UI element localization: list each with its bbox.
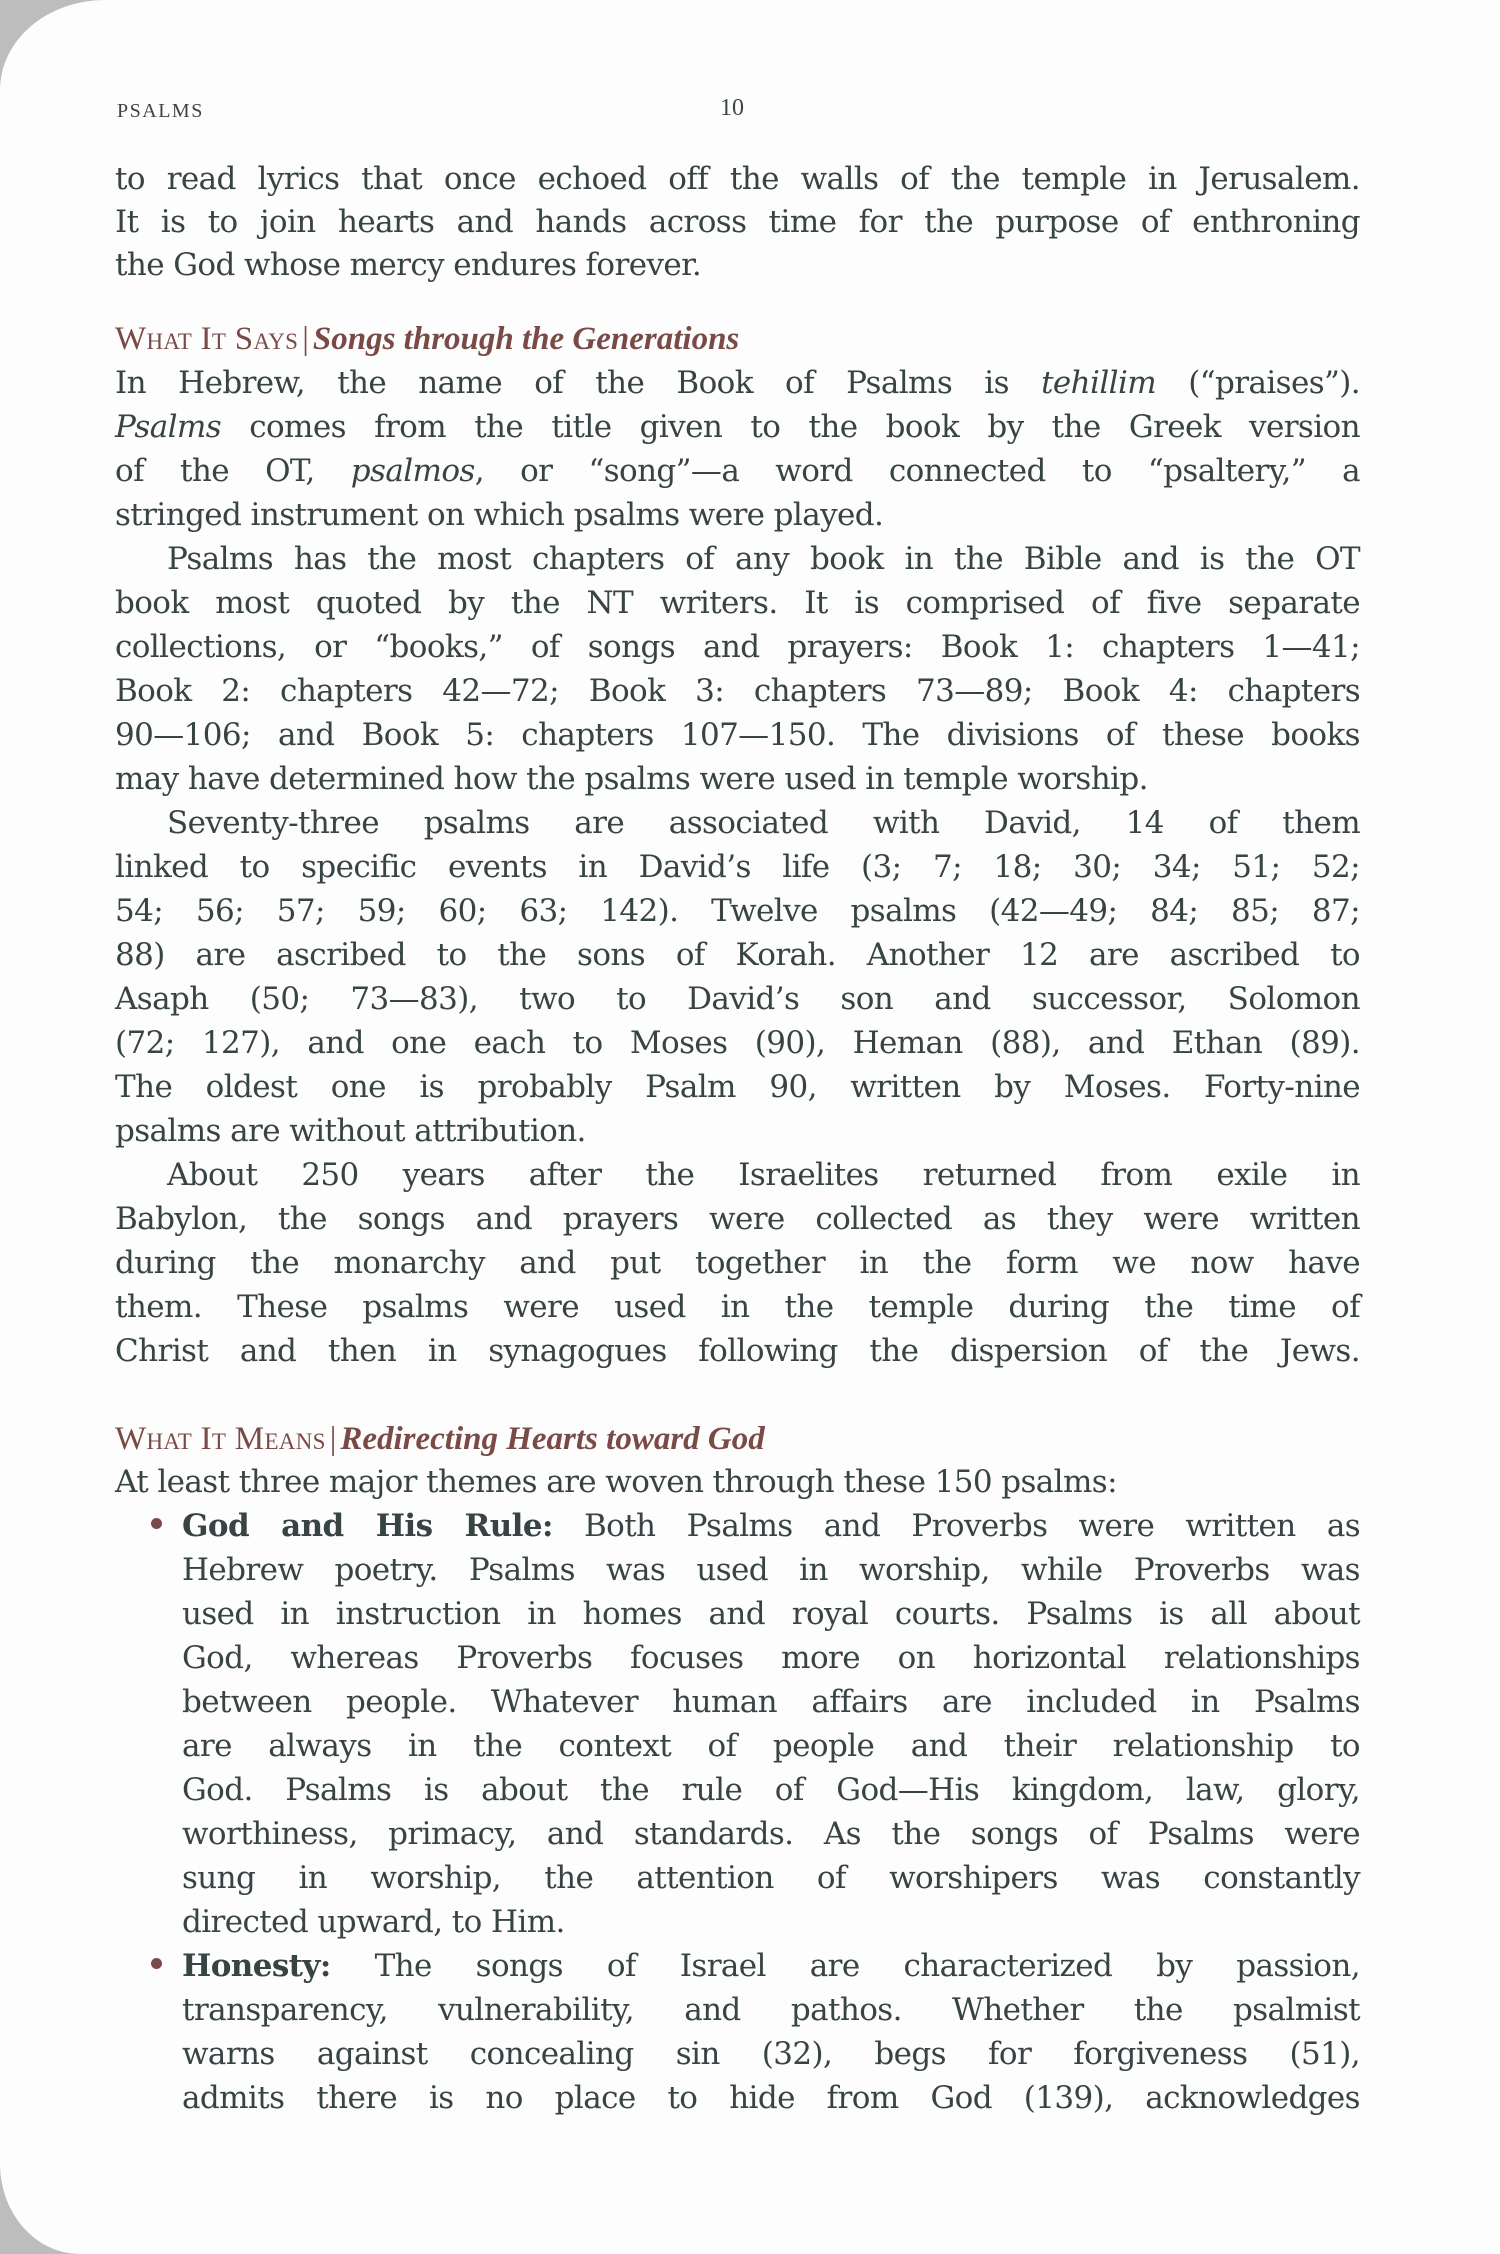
italic-term: Psalms [115,409,221,445]
body-line: collections, or “books,” of songs and pr… [115,625,1360,669]
body-line: Psalms comes from the title given to the… [115,405,1360,449]
body-line: the God whose mercy endures forever. [115,243,1360,287]
bullet-line: sung in worship, the attention of worshi… [182,1856,1360,1900]
body-line: At least three major themes are woven th… [115,1460,1360,1504]
body-line: It is to join hearts and hands across ti… [115,200,1360,244]
bullet-label: God and His Rule: [182,1508,553,1544]
section-heading-what-it-says: What It Says|Songs through the Generatio… [115,317,739,361]
bullet-line: Hebrew poetry. Psalms was used in worshi… [182,1548,1360,1592]
heading-separator: | [330,1421,337,1457]
bullet-first-line: Honesty: The songs of Israel are charact… [182,1944,1360,1988]
body-line: 88) are ascribed to the sons of Korah. A… [115,933,1360,977]
body-line: Christ and then in synagogues following … [115,1329,1360,1373]
bullet-line: worthiness, primacy, and standards. As t… [182,1812,1360,1856]
bullet-line: directed upward, to Him. [182,1900,1360,1944]
body-line: 54; 56; 57; 59; 60; 63; 142). Twelve psa… [115,889,1360,933]
body-line: book most quoted by the NT writers. It i… [115,581,1360,625]
body-line: Babylon, the songs and prayers were coll… [115,1197,1360,1241]
bullet-line: transparency, vulnerability, and pathos.… [182,1988,1360,2032]
page-number: 10 [720,95,744,122]
body-line: to read lyrics that once echoed off the … [115,157,1360,201]
bullet-line: admits there is no place to hide from Go… [182,2076,1360,2120]
body-line: Psalms has the most chapters of any book… [115,537,1360,581]
body-line: during the monarchy and put together in … [115,1241,1360,1285]
section-title: Redirecting Hearts toward God [340,1421,764,1457]
body-line: Book 2: chapters 42—72; Book 3: chapters… [115,669,1360,713]
section-kicker: What It Means [115,1421,326,1457]
body-line: The oldest one is probably Psalm 90, wri… [115,1065,1360,1109]
section-heading-what-it-means: What It Means|Redirecting Hearts toward … [115,1417,765,1461]
heading-separator: | [302,321,309,357]
bullet-line: used in instruction in homes and royal c… [182,1592,1360,1636]
body-line: stringed instrument on which psalms were… [115,493,1360,537]
body-line: psalms are without attribution. [115,1109,1360,1153]
body-line: may have determined how the psalms were … [115,757,1360,801]
body-line: Asaph (50; 73—83), two to David’s son an… [115,977,1360,1021]
running-head-title: PSALMS [117,100,204,123]
body-line: linked to specific events in David’s lif… [115,845,1360,889]
bullet-line: God, whereas Proverbs focuses more on ho… [182,1636,1360,1680]
bullet-icon [151,1518,162,1529]
book-page: PSALMS 10 to read lyrics that once echoe… [0,0,1500,2254]
section-kicker: What It Says [115,321,298,357]
section-title: Songs through the Generations [313,321,739,357]
body-line: 90—106; and Book 5: chapters 107—150. Th… [115,713,1360,757]
bullet-first-line: God and His Rule: Both Psalms and Prover… [182,1504,1360,1548]
italic-term: psalmos [351,453,475,489]
body-line: them. These psalms were used in the temp… [115,1285,1360,1329]
bullet-line: warns against concealing sin (32), begs … [182,2032,1360,2076]
body-line: (72; 127), and one each to Moses (90), H… [115,1021,1360,1065]
body-line: About 250 years after the Israelites ret… [115,1153,1360,1197]
italic-term: tehillim [1041,365,1156,401]
body-line: of the OT, psalmos, or “song”—a word con… [115,449,1360,493]
bullet-line: between people. Whatever human affairs a… [182,1680,1360,1724]
bullet-line: are always in the context of people and … [182,1724,1360,1768]
bullet-line: God. Psalms is about the rule of God—His… [182,1768,1360,1812]
bullet-icon [151,1958,162,1969]
bullet-label: Honesty: [182,1948,331,1984]
body-line: Seventy-three psalms are associated with… [115,801,1360,845]
body-line: In Hebrew, the name of the Book of Psalm… [115,361,1360,405]
